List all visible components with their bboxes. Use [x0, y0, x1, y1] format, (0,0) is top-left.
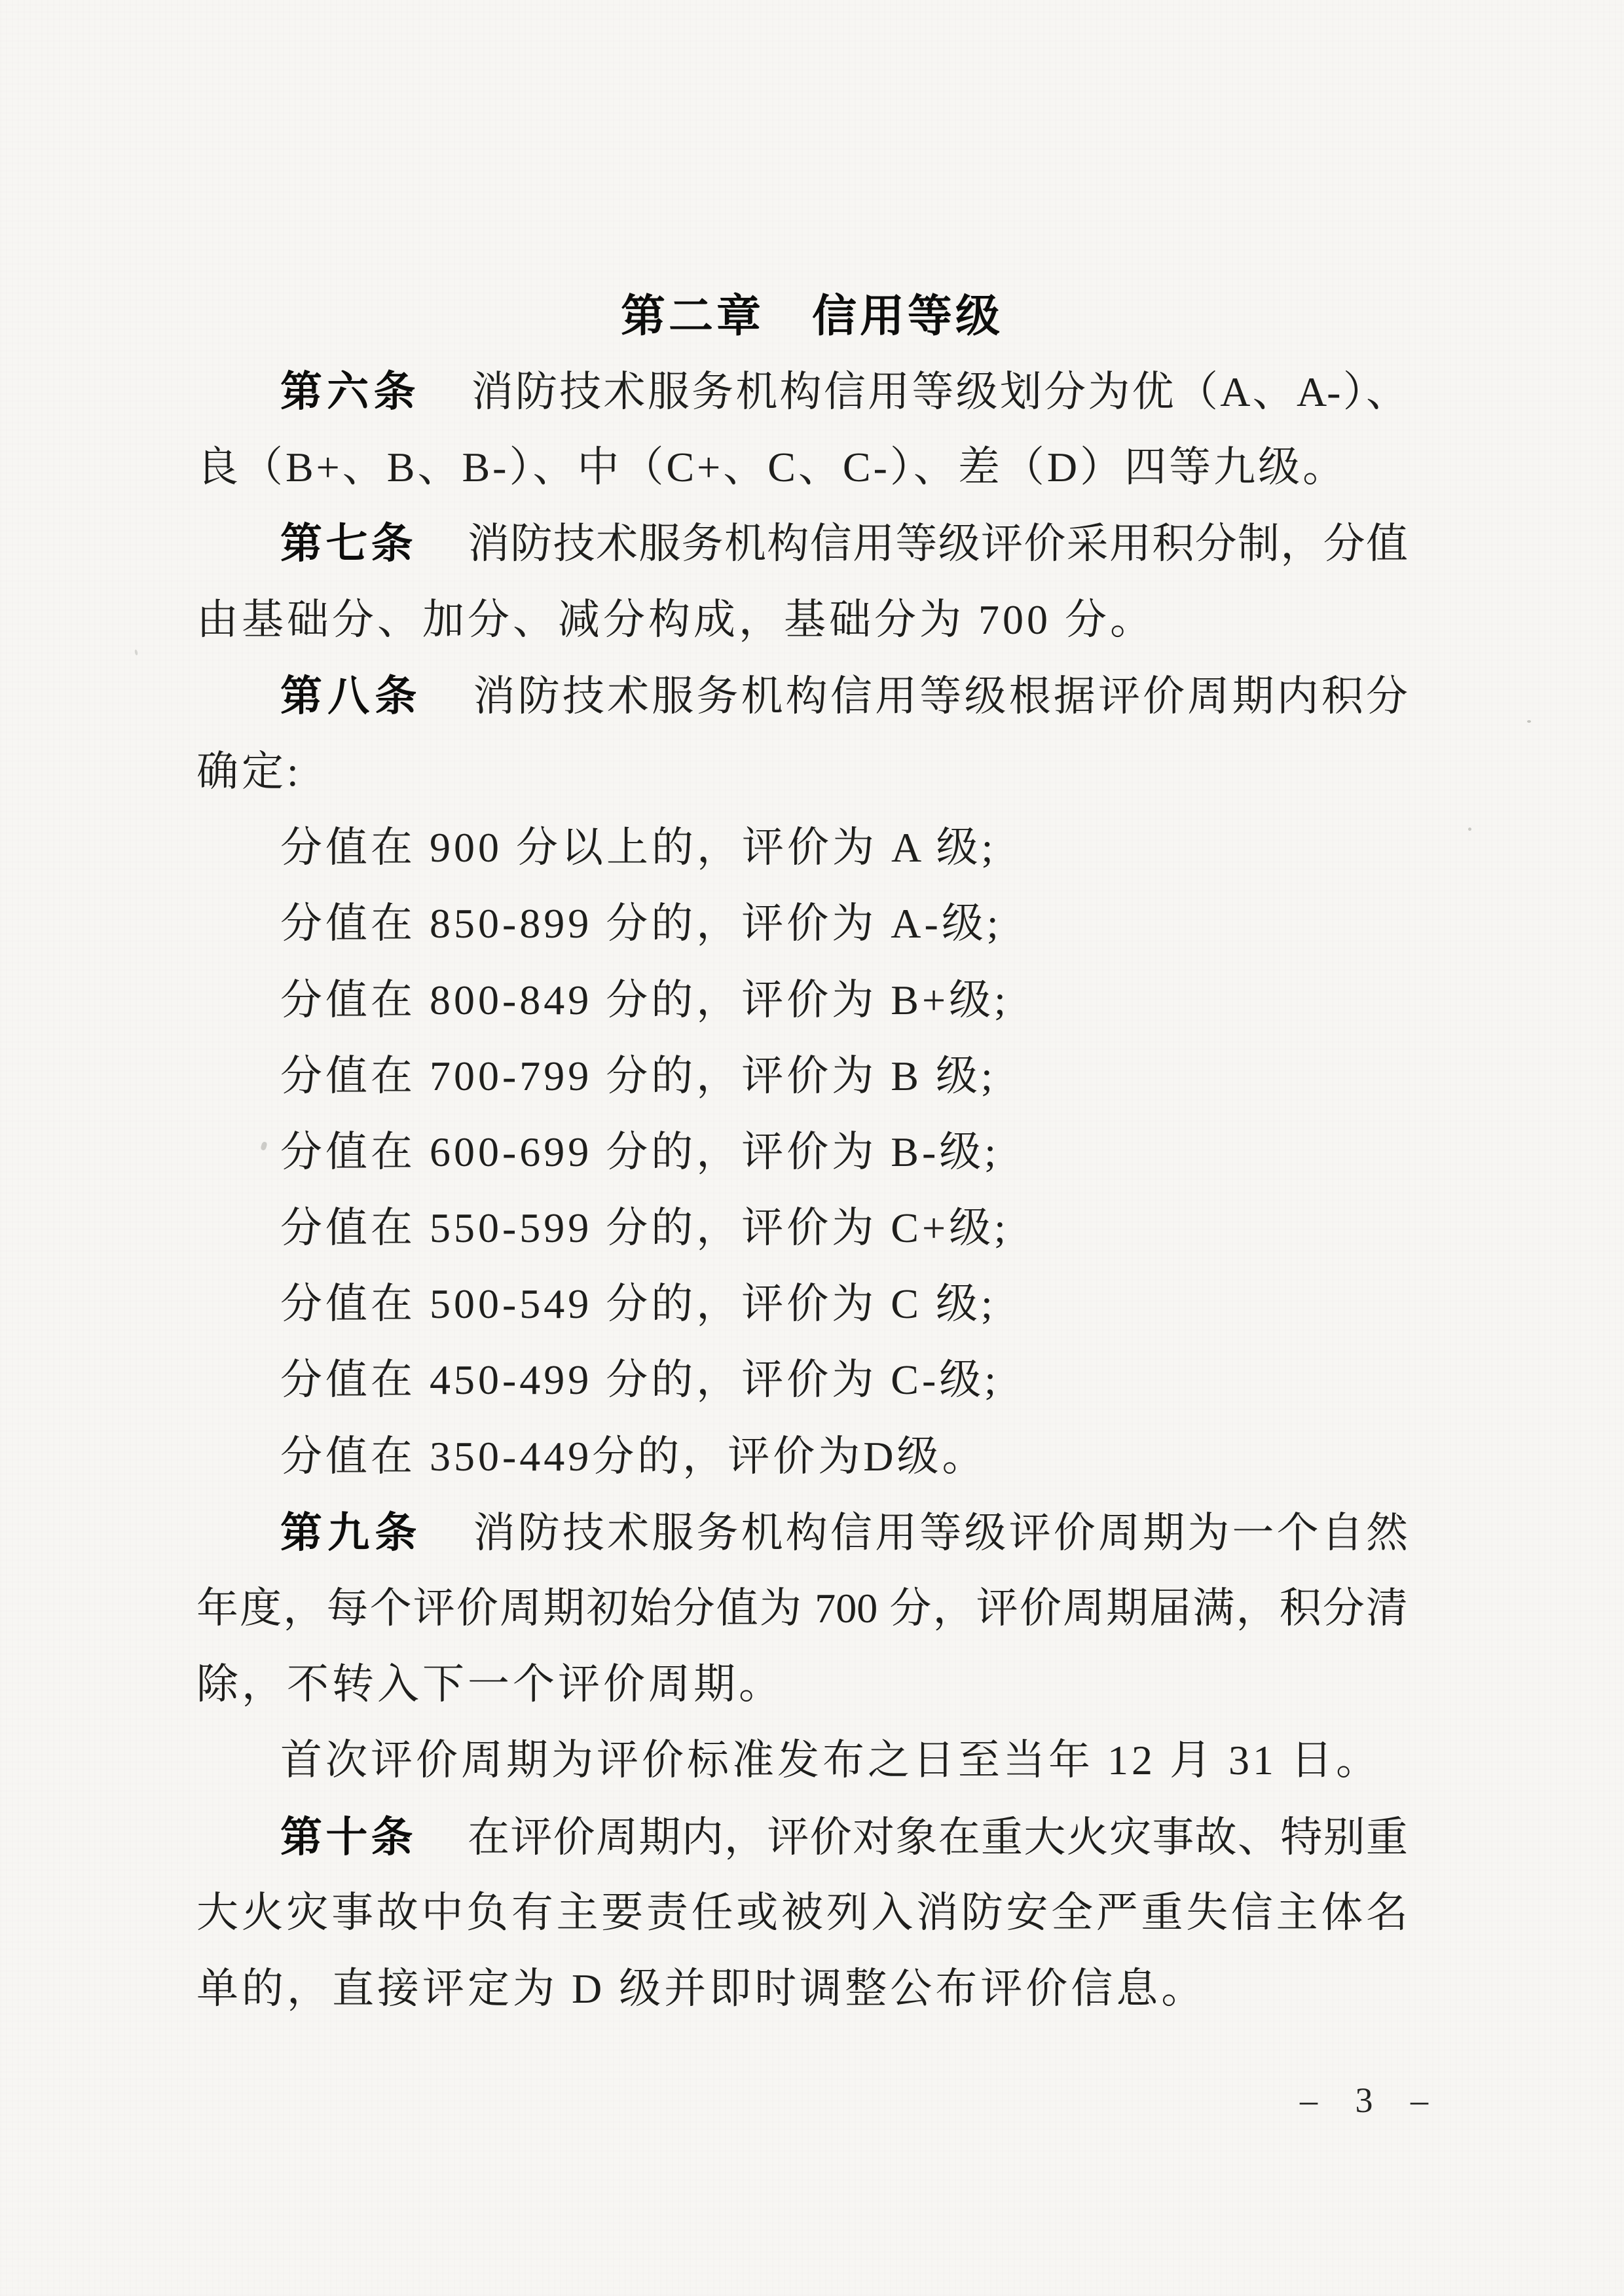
line-text: 分值在 900 分以上的，评价为 A 级;: [280, 824, 996, 871]
line-text: 分值在 800-849 分的，评价为 B+级;: [280, 977, 1009, 1023]
article-number: 第九条: [280, 1509, 422, 1556]
line-text: 年度，每个评价周期初始分值为 700 分，评价周期届满，积分清: [196, 1585, 1408, 1631]
text-line: 年度，每个评价周期初始分值为 700 分，评价周期届满，积分清: [196, 1571, 1408, 1647]
line-text: 大火灾事故中负有主要责任或被列入消防安全严重失信主体名: [196, 1889, 1408, 1936]
text-line: 除，不转入下一个评价周期。: [196, 1647, 1408, 1722]
line-text: 消防技术服务机构信用等级根据评价周期内积分: [473, 673, 1408, 720]
document-body: 第六条消防技术服务机构信用等级划分为优（A、A-）、 良（B+、B、B-）、中（…: [196, 354, 1408, 2027]
text-line: 第八条消防技术服务机构信用等级根据评价周期内积分: [196, 658, 1408, 734]
text-line: 分值在 500-549 分的，评价为 C 级;: [196, 1266, 1408, 1342]
line-text: 分值在 700-799 分的，评价为 B 级;: [280, 1053, 996, 1099]
line-text: 消防技术服务机构信用等级划分为优（A、A-）、: [471, 369, 1408, 415]
line-text: 由基础分、加分、减分构成，基础分为 700 分。: [196, 596, 1155, 643]
text-line: 第十条在评价周期内，评价对象在重大火灾事故、特别重: [196, 1799, 1408, 1875]
text-line: 分值在 450-499 分的，评价为 C-级;: [196, 1342, 1408, 1418]
scanned-document-page: 第二章 信用等级 第六条消防技术服务机构信用等级划分为优（A、A-）、 良（B+…: [0, 0, 1624, 2296]
line-text: 在评价周期内，评价对象在重大火灾事故、特别重: [468, 1814, 1408, 1861]
line-text: 分值在 600-699 分的，评价为 B-级;: [280, 1129, 999, 1175]
article-number: 第六条: [280, 368, 420, 415]
text-line: 由基础分、加分、减分构成，基础分为 700 分。: [196, 582, 1408, 658]
line-text: 分值在 850-899 分的，评价为 A-级;: [280, 900, 1002, 947]
line-text: 分值在 500-549 分的，评价为 C 级;: [280, 1281, 996, 1327]
article-number: 第十条: [280, 1813, 416, 1861]
line-text: 分值在 550-599 分的，评价为 C+级;: [280, 1205, 1009, 1251]
scan-artifact: [134, 649, 138, 656]
text-line: 良（B+、B、B-）、中（C+、C、C-）、差（D）四等九级。: [196, 429, 1408, 505]
line-text: 消防技术服务机构信用等级评价采用积分制，分值: [468, 520, 1408, 567]
scan-artifact: [1527, 720, 1531, 723]
text-line: 分值在 550-599 分的，评价为 C+级;: [196, 1190, 1408, 1266]
text-line: 分值在 700-799 分的，评价为 B 级;: [196, 1038, 1408, 1114]
text-line: 第七条消防技术服务机构信用等级评价采用积分制，分值: [196, 505, 1408, 581]
page-number: – 3 –: [1300, 2081, 1443, 2120]
line-text: 除，不转入下一个评价周期。: [196, 1661, 784, 1707]
line-text: 分值在 350-449分的，评价为D级。: [280, 1433, 987, 1480]
text-line: 分值在 600-699 分的，评价为 B-级;: [196, 1114, 1408, 1190]
text-line: 分值在 350-449分的，评价为D级。: [196, 1419, 1408, 1495]
chapter-title: 第二章 信用等级: [0, 290, 1624, 342]
text-line: 首次评价周期为评价标准发布之日至当年 12 月 31 日。: [196, 1722, 1408, 1798]
line-text: 消防技术服务机构信用等级评价周期为一个自然: [473, 1510, 1408, 1556]
text-line: 单的，直接评定为 D 级并即时调整公布评价信息。: [196, 1951, 1408, 2027]
line-text: 单的，直接评定为 D 级并即时调整公布评价信息。: [196, 1965, 1206, 2012]
text-line: 第六条消防技术服务机构信用等级划分为优（A、A-）、: [196, 354, 1408, 429]
article-number: 第七条: [280, 520, 416, 567]
line-text: 良（B+、B、B-）、中（C+、C、C-）、差（D）四等九级。: [196, 444, 1347, 490]
text-line: 分值在 850-899 分的，评价为 A-级;: [196, 886, 1408, 962]
line-text: 分值在 450-499 分的，评价为 C-级;: [280, 1357, 999, 1403]
line-text: 首次评价周期为评价标准发布之日至当年 12 月 31 日。: [280, 1737, 1381, 1783]
article-number: 第八条: [280, 672, 422, 720]
scan-artifact: [1468, 828, 1471, 831]
text-line: 第九条消防技术服务机构信用等级评价周期为一个自然: [196, 1495, 1408, 1571]
text-line: 大火灾事故中负有主要责任或被列入消防安全严重失信主体名: [196, 1875, 1408, 1951]
text-line: 分值在 900 分以上的，评价为 A 级;: [196, 810, 1408, 886]
text-line: 确定:: [196, 734, 1408, 810]
line-text: 确定:: [196, 748, 302, 795]
text-line: 分值在 800-849 分的，评价为 B+级;: [196, 962, 1408, 1038]
